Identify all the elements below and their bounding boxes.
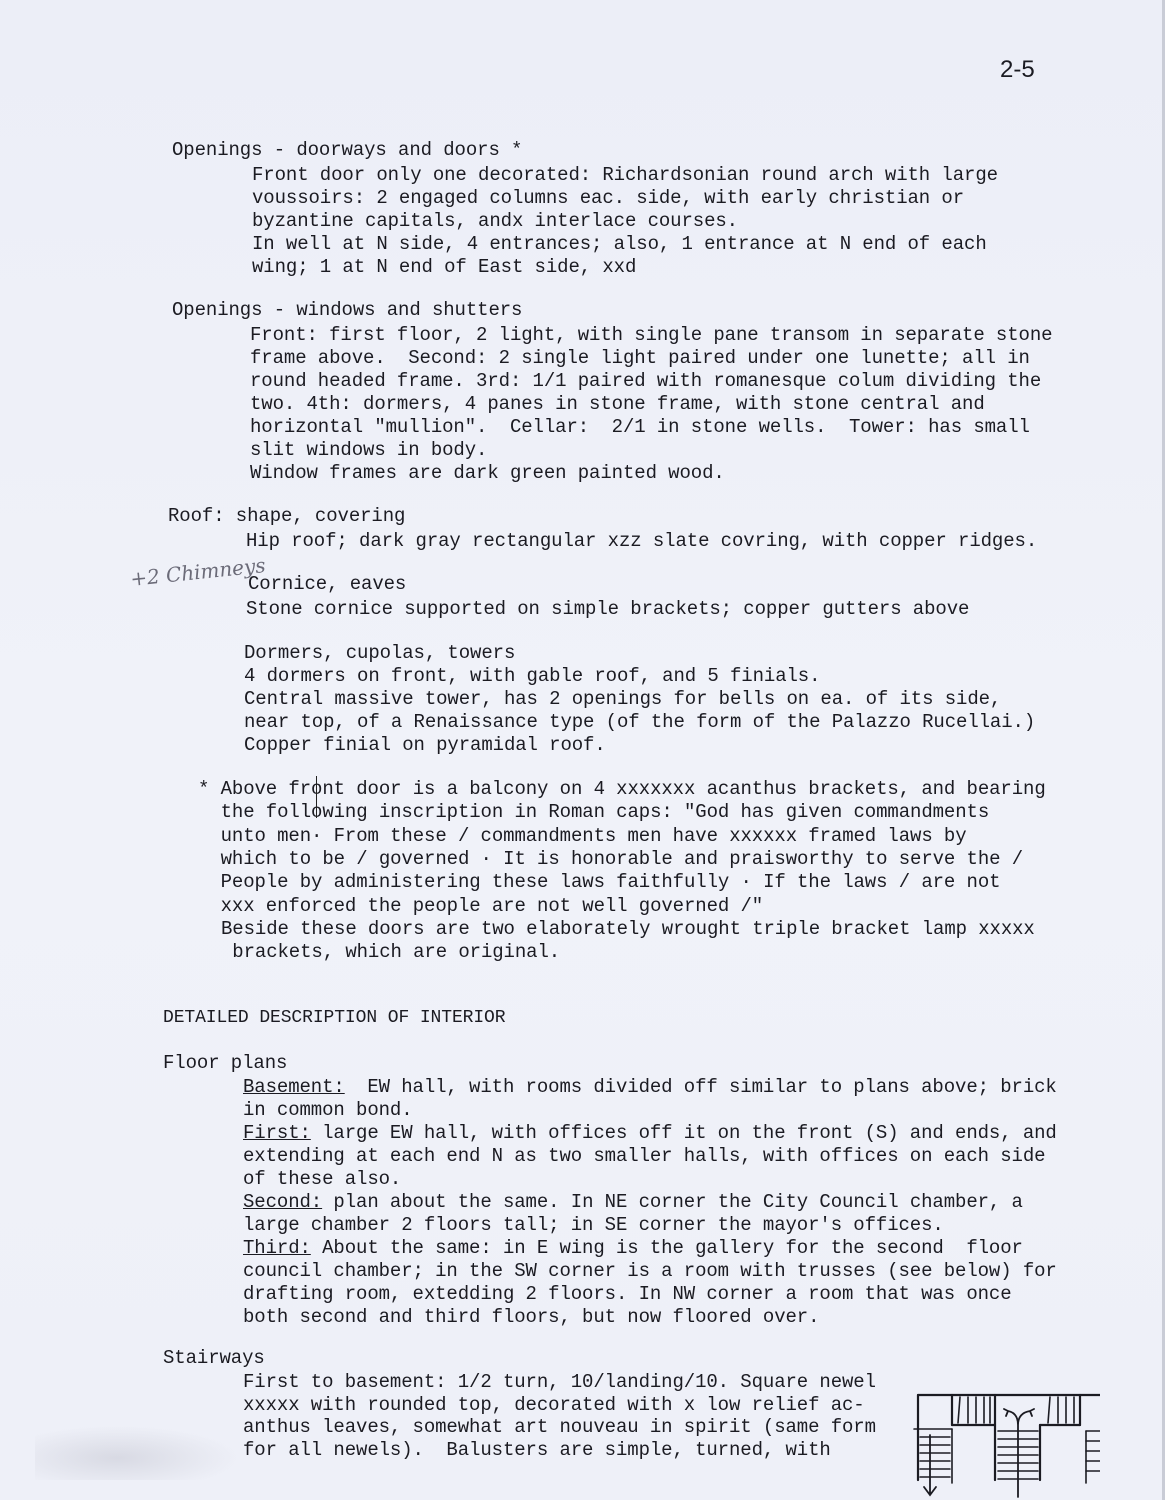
floor-plan-entry: Basement: EW hall, with rooms divided of…	[243, 1076, 1057, 1098]
text-line: Front: first floor, 2 light, with single…	[250, 324, 1052, 346]
text-line: voussoirs: 2 engaged columns eac. side, …	[252, 187, 964, 209]
heading-cornice: Cornice, eaves	[248, 573, 406, 595]
heading-stairways: Stairways	[163, 1347, 265, 1369]
floor-label: Third:	[243, 1237, 311, 1259]
floor-label: Basement:	[243, 1076, 345, 1098]
handwritten-annotation: +2 Chimneys	[129, 553, 266, 591]
floor-text: plan about the same. In NE corner the Ci…	[322, 1191, 1023, 1213]
floor-text: EW hall, with rooms divided off similar …	[345, 1076, 1057, 1098]
text-line: of these also.	[243, 1168, 401, 1190]
text-line: xxxxx with rounded top, decorated with x…	[243, 1394, 865, 1416]
text-line: large chamber 2 floors tall; in SE corne…	[243, 1214, 944, 1236]
heading-floor-plans: Floor plans	[163, 1052, 287, 1074]
text-line: Front door only one decorated: Richardso…	[252, 164, 998, 186]
text-line: which to be / governed · It is honorable…	[198, 848, 1023, 870]
text-line: First to basement: 1/2 turn, 10/landing/…	[243, 1371, 876, 1393]
floor-plan-entry: First: large EW hall, with offices off i…	[243, 1122, 1057, 1144]
text-line: anthus leaves, somewhat art nouveau in s…	[243, 1416, 876, 1438]
text-line: frame above. Second: 2 single light pair…	[250, 347, 1030, 369]
heading-dormers: Dormers, cupolas, towers	[244, 642, 515, 664]
text-line: council chamber; in the SW corner is a r…	[243, 1260, 1057, 1282]
interior-title: DETAILED DESCRIPTION OF INTERIOR	[163, 1007, 505, 1029]
heading-roof: Roof: shape, covering	[168, 505, 405, 527]
floor-plan-entry: Third: About the same: in E wing is the …	[243, 1237, 1023, 1259]
text-line: two. 4th: dormers, 4 panes in stone fram…	[250, 393, 985, 415]
floor-label: Second:	[243, 1191, 322, 1213]
text-line: near top, of a Renaissance type (of the …	[244, 711, 1035, 733]
floor-text: large EW hall, with offices off it on th…	[311, 1122, 1057, 1144]
stair-plan-sketch	[900, 1385, 1100, 1500]
floor-plan-entry: Second: plan about the same. In NE corne…	[243, 1191, 1023, 1213]
floor-text: About the same: in E wing is the gallery…	[311, 1237, 1023, 1259]
text-line: unto men· From these / commandments men …	[198, 825, 967, 847]
text-line: Hip roof; dark gray rectangular xzz slat…	[246, 530, 1037, 552]
text-line: In well at N side, 4 entrances; also, 1 …	[252, 233, 987, 255]
text-line: xxx enforced the people are not well gov…	[198, 895, 763, 917]
text-line: slit windows in body.	[250, 439, 487, 461]
text-line: drafting room, extedding 2 floors. In NW…	[243, 1283, 1012, 1305]
text-line: brackets, which are original.	[221, 941, 560, 963]
text-line: Copper finial on pyramidal roof.	[244, 734, 606, 756]
heading-doorways: Openings - doorways and doors *	[172, 139, 522, 161]
text-line: extending at each end N as two smaller h…	[243, 1145, 1045, 1167]
heading-windows: Openings - windows and shutters	[172, 299, 522, 321]
handwritten-insert-mark	[316, 776, 317, 818]
text-line: wing; 1 at N end of East side, xxd	[252, 256, 636, 278]
text-line: Stone cornice supported on simple bracke…	[246, 598, 969, 620]
document-page: 2-5 Openings - doorways and doors * Fron…	[0, 0, 1165, 1500]
text-line: horizontal "mullion". Cellar: 2/1 in sto…	[250, 416, 1030, 438]
text-line: Beside these doors are two elaborately w…	[221, 918, 1035, 940]
text-line: for all newels). Balusters are simple, t…	[243, 1439, 831, 1461]
text-line: in common bond.	[243, 1099, 413, 1121]
text-line: round headed frame. 3rd: 1/1 paired with…	[250, 370, 1041, 392]
floor-label: First:	[243, 1122, 311, 1144]
text-line: Central massive tower, has 2 openings fo…	[244, 688, 1001, 710]
text-line: 4 dormers on front, with gable roof, and…	[244, 665, 820, 687]
text-line: People by administering these laws faith…	[198, 871, 1000, 893]
text-line: both second and third floors, but now fl…	[243, 1306, 819, 1328]
text-line: Window frames are dark green painted woo…	[250, 462, 725, 484]
scan-smudge	[35, 1425, 240, 1480]
page-number: 2-5	[1000, 56, 1035, 84]
text-line: * Above front door is a balcony on 4 xxx…	[198, 778, 1046, 800]
text-line: byzantine capitals, andx interlace cours…	[252, 210, 738, 232]
